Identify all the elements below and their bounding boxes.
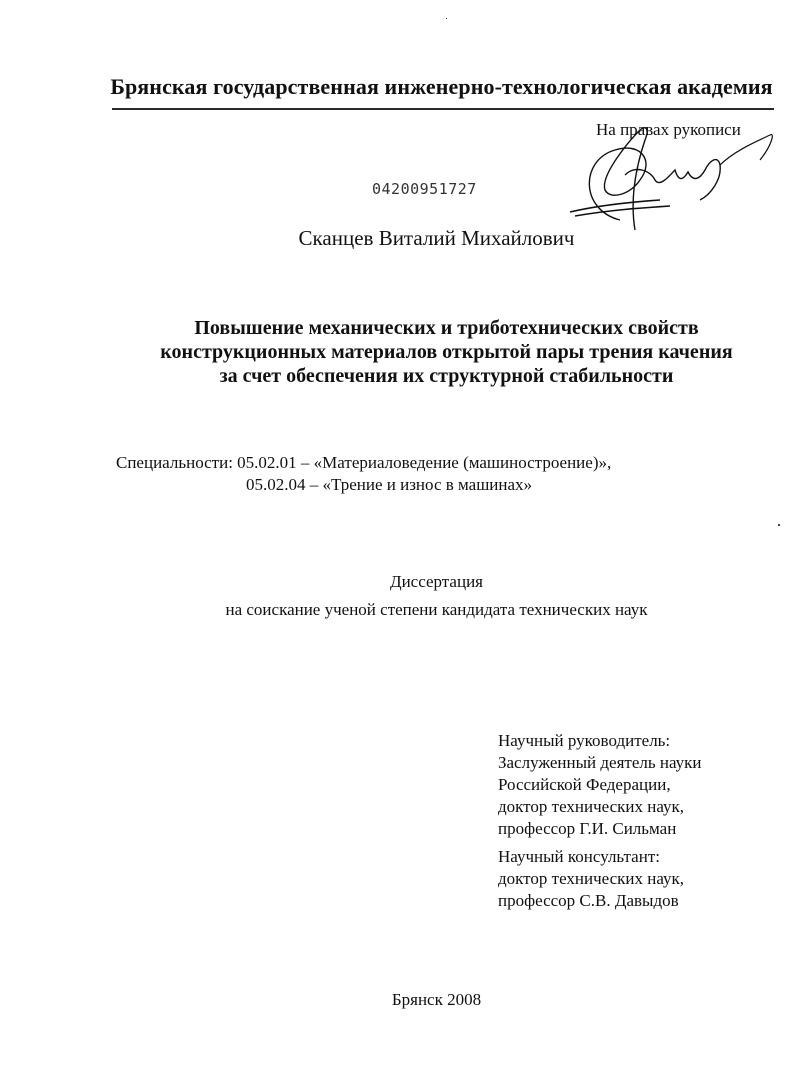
supervisor-line: доктор технических наук, [498,796,702,818]
title-line: за счет обеспечения их структурной стаби… [100,364,793,388]
specialties-block: Специальности: 05.02.01 – «Материаловеде… [116,452,611,496]
city-year: Брянск 2008 [0,990,793,1010]
consultant-line: профессор С.В. Давыдов [498,890,684,912]
title-line: конструкционных материалов открытой пары… [100,340,793,364]
degree-statement: на соискание ученой степени кандидата те… [0,600,793,620]
scan-speck [778,524,780,526]
supervisor-line: Научный руководитель: [498,730,702,752]
specialty-line: 05.02.04 – «Трение и износ в машинах» [116,474,611,496]
header-divider [112,108,774,110]
supervisor-line: Российской Федерации, [498,774,702,796]
consultant-block: Научный консультант: доктор технических … [498,846,684,912]
institution-name: Брянская государственная инженерно-техно… [0,74,793,100]
supervisor-line: Заслуженный деятель науки [498,752,702,774]
consultant-line: доктор технических наук, [498,868,684,890]
title-line: Повышение механических и триботехнически… [100,316,793,340]
document-type: Диссертация [0,572,793,592]
dissertation-title: Повышение механических и триботехнически… [100,316,793,388]
supervisor-block: Научный руководитель: Заслуженный деятел… [498,730,702,840]
specialty-line: Специальности: 05.02.01 – «Материаловеде… [116,452,611,474]
signature-image [560,120,790,240]
supervisor-line: профессор Г.И. Сильман [498,818,702,840]
author-name: Сканцев Виталий Михайлович [0,226,793,251]
consultant-line: Научный консультант: [498,846,684,868]
scan-speck [446,18,447,19]
record-number: 04200951727 [372,180,477,198]
